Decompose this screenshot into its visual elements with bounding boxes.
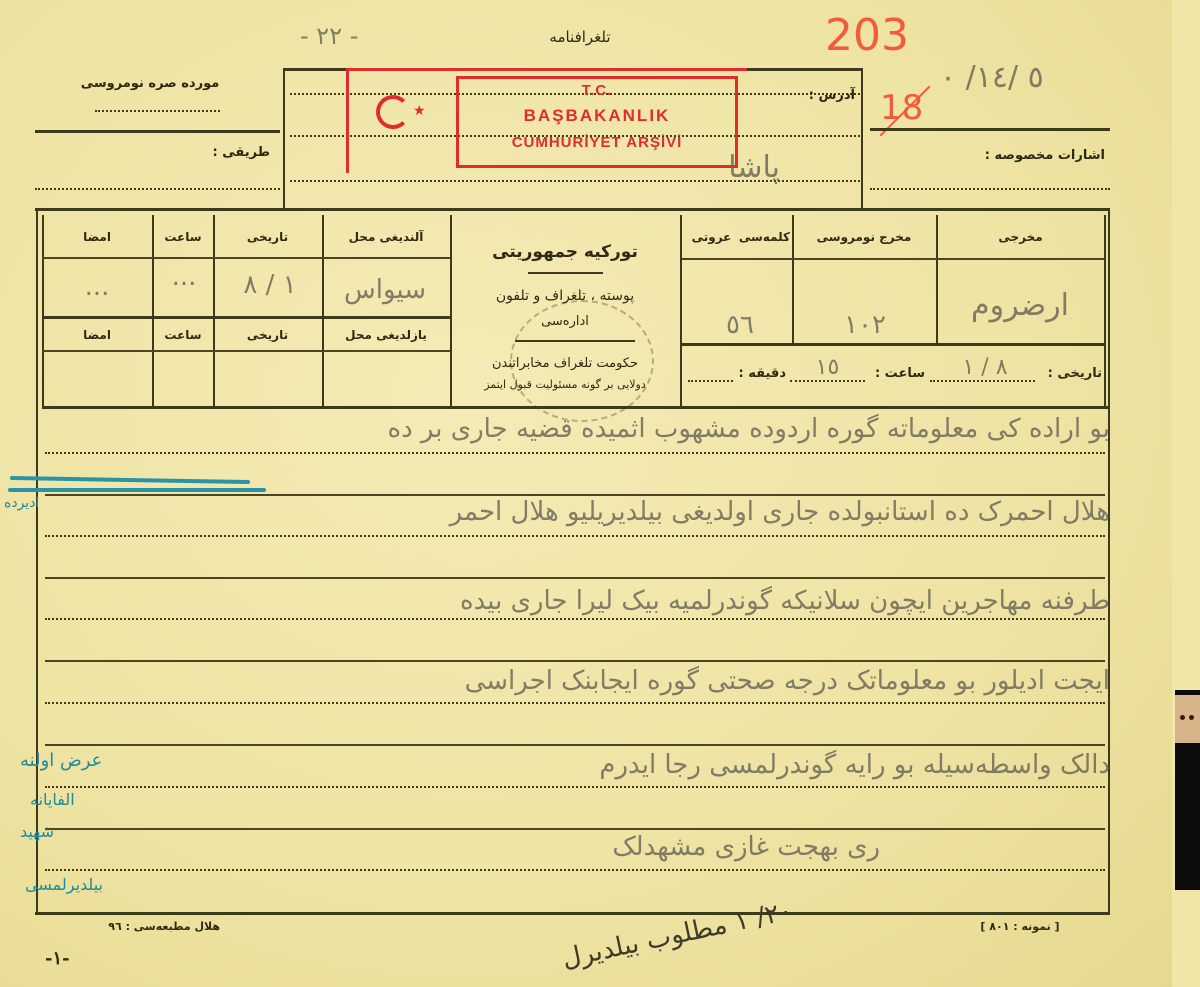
header-written-signature: امضا: [44, 328, 150, 342]
divider: [42, 257, 450, 259]
divider: [870, 188, 1110, 190]
divider: [42, 350, 450, 352]
pencil-number-top: - ٢٢ -: [300, 22, 358, 50]
received-place-value: سیواس: [330, 275, 440, 305]
header-received-signature: امضا: [44, 230, 150, 244]
blue-underline: [8, 488, 266, 492]
postal-seal: [510, 300, 654, 422]
divider: [42, 316, 450, 319]
header-received-hour: ساعت: [154, 230, 212, 244]
minute-label: دقیقه :: [730, 366, 786, 381]
divider: [35, 130, 280, 133]
route-handwriting: پاشا: [300, 150, 780, 185]
incoming-serial-label: مورده صره نومروسی: [40, 76, 260, 91]
header-written-place: یازلدیغی محل: [324, 328, 448, 342]
divider: [528, 272, 603, 274]
header-received-date: تاریخی: [215, 230, 320, 244]
message-line-3: طرفنه مهاجرین ایچون سلانیکه گوندرلمیه بی…: [60, 586, 1110, 616]
origin-value: ارضروم: [940, 288, 1100, 323]
message-line-5: دالک واسطه‌سیله بو رایه گوندرلمسی رجا ای…: [60, 750, 1110, 780]
ruled-line: [45, 828, 1105, 830]
header-origin-number: مخرج نومروسی: [794, 230, 934, 244]
divider: [688, 380, 733, 382]
ruled-line: [45, 577, 1105, 579]
ruled-line: [45, 618, 1105, 620]
divider: [870, 128, 1110, 131]
ruled-line: [45, 660, 1105, 662]
date-label: تاریخی :: [1040, 366, 1102, 381]
stamp-line-1: T.C.: [456, 82, 738, 99]
divider: [35, 208, 1110, 211]
message-line-2: هلال احمرک ده استانبولده جاری اولدیغی بی…: [60, 497, 1110, 527]
header-written-date: تاریخی: [215, 328, 320, 342]
ruled-line: [45, 786, 1105, 788]
color-calibration-tab: [1175, 695, 1200, 743]
received-hour-value: ...: [155, 262, 213, 292]
ruled-line: [45, 702, 1105, 704]
divider: [35, 912, 1110, 915]
divider: [682, 258, 1104, 260]
form-number: [ نمونه : ٨٠١ ]: [960, 920, 1080, 933]
blue-margin-note-1: ادیرده: [4, 495, 39, 511]
blue-margin-note-4: شهید: [20, 822, 54, 841]
crescent-icon: [376, 95, 410, 129]
divider: [861, 68, 863, 210]
message-line-4: ایجت ادیلور بو معلوماتک درجه صحتی گوره ا…: [60, 666, 1110, 696]
header-letters: عروتی: [684, 230, 739, 244]
divider: [1104, 215, 1106, 407]
pencil-date-top-right: ٥ /١٤/ ٠: [940, 60, 1044, 95]
header-written-hour: ساعت: [154, 328, 212, 342]
divider: [682, 343, 1104, 346]
star-icon: ★: [413, 103, 426, 119]
form-title: تلغرافنامه: [520, 28, 640, 46]
message-line-1: بو اراده کی معلوماته گوره اردوده مشهوب ا…: [60, 414, 1110, 444]
ruled-line: [45, 494, 1105, 496]
route-label: طريقى :: [100, 145, 270, 160]
remarks-label: اشارات مخصوصه :: [880, 148, 1105, 163]
word-count-value: ٥٦: [690, 310, 790, 340]
ruled-line: [45, 744, 1105, 746]
divider: [95, 110, 220, 112]
stamp-line-2: BAŞBAKANLIK: [456, 106, 738, 126]
blue-margin-note-2: عرض اولنه: [20, 750, 102, 771]
received-date-value: ١ / ٨: [220, 270, 320, 300]
header-received-place: آلندیغی محل: [324, 230, 448, 244]
message-signature: ری بهجت غازی مشهدلک: [180, 832, 880, 862]
divider: [930, 380, 1035, 382]
divider: [35, 188, 280, 190]
blue-margin-note-5: بیلدیرلمسی: [25, 875, 103, 894]
republic-title: تورکیه جمهوریتی: [450, 242, 680, 262]
origin-number-value: ١٠٢: [800, 310, 930, 340]
printer-note: هلال مطبعه‌سی : ٩٦: [60, 920, 220, 933]
page-number: -١-: [45, 948, 70, 969]
ruled-line: [45, 452, 1105, 454]
blue-margin-note-3: الفایانه: [30, 790, 75, 809]
divider: [1108, 208, 1110, 913]
divider: [680, 215, 682, 407]
stamp-line-3: CUMHURİYET ARŞİVİ: [456, 134, 738, 151]
hour-label: ساعت :: [865, 366, 925, 381]
ruled-line: [45, 869, 1105, 871]
hour-value: ١٥: [790, 355, 865, 380]
red-archive-subnumber: 18: [880, 88, 923, 128]
received-signature-value: ...: [44, 272, 150, 302]
ruled-line: [45, 535, 1105, 537]
address-label: آدرس :: [760, 88, 855, 103]
header-origin: مخرجی: [938, 230, 1103, 244]
header-word-count: کلمه‌سی: [740, 230, 790, 244]
red-archive-number: 203: [825, 10, 909, 61]
divider: [283, 68, 285, 210]
divider: [790, 380, 865, 382]
date-value: ٨ / ١: [940, 355, 1030, 380]
